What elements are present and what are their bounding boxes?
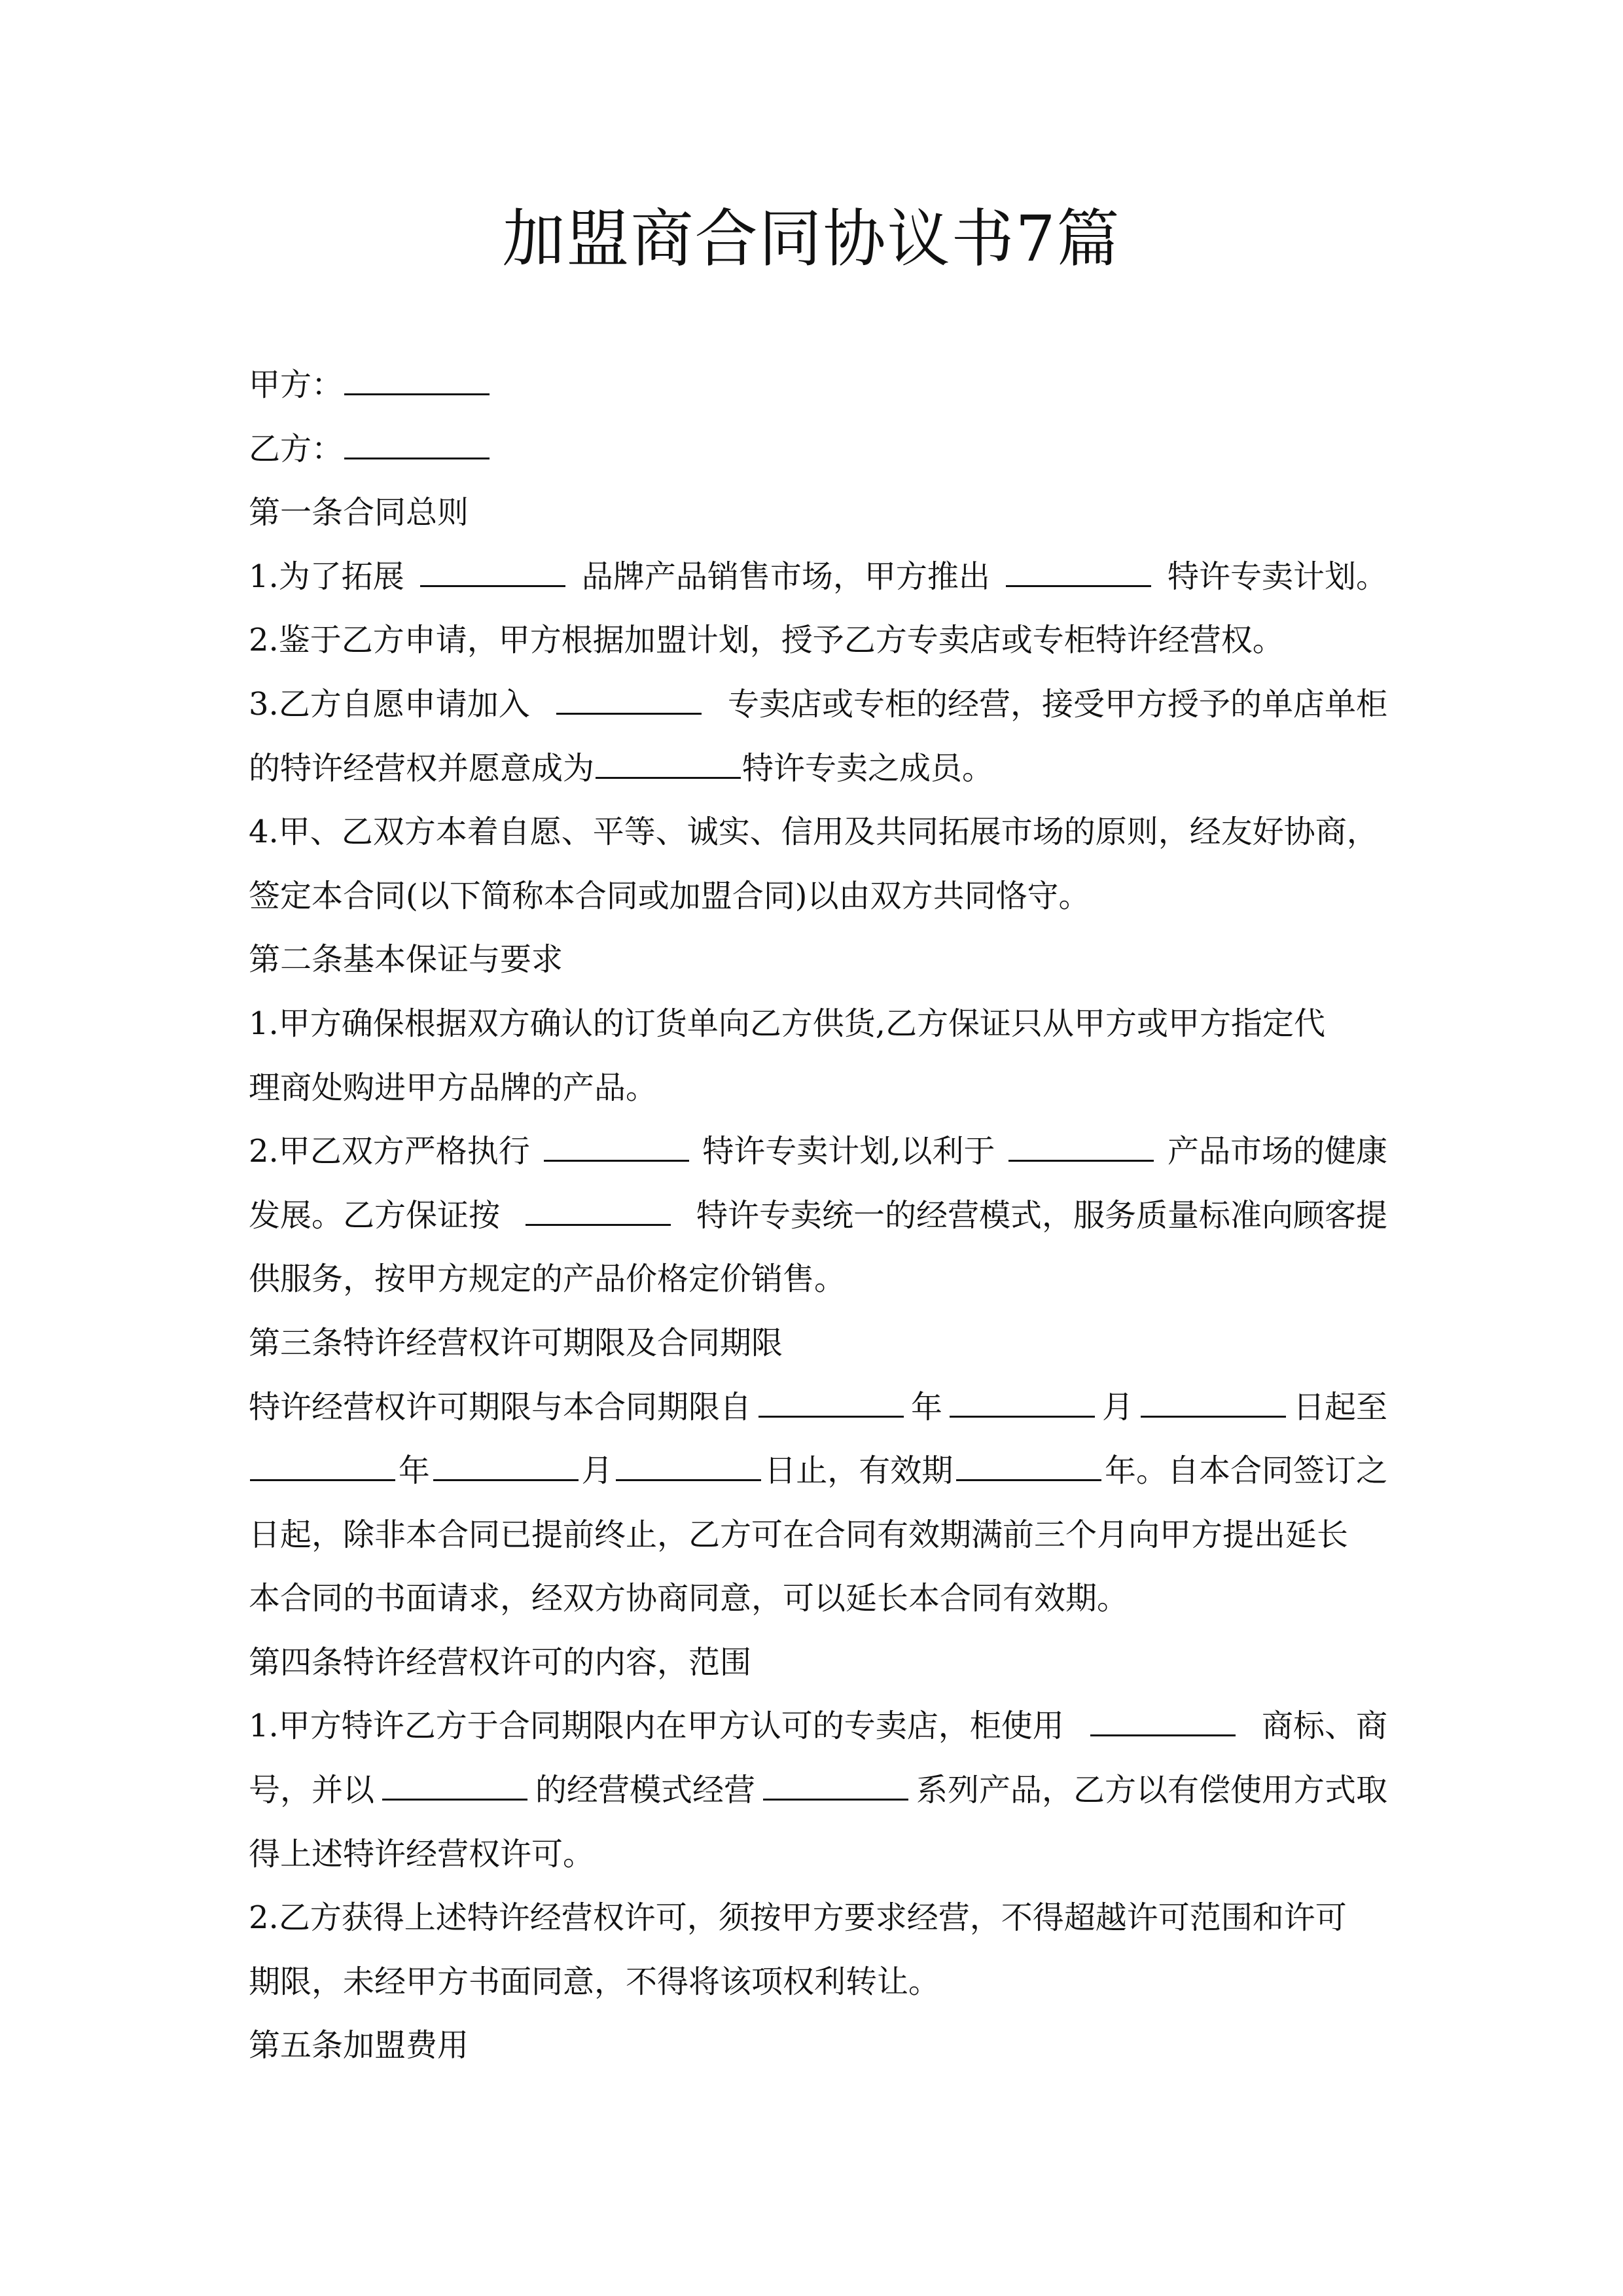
document-title: 加盟商合同协议书7篇	[0, 196, 1623, 281]
text-segment: 年	[399, 1439, 430, 1503]
paragraph-line: 3.乙方自愿申请加入专卖店或专柜的经营，接受甲方授予的单店单柜	[249, 673, 1387, 737]
blank-fill-field[interactable]	[950, 1386, 1095, 1418]
text-segment: 1.甲方确保根据双方确认的订货单向乙方供货,乙方保证只从甲方或甲方指定代	[249, 992, 1325, 1056]
text-segment: 1.为了拓展	[249, 545, 404, 609]
section-heading: 第二条基本保证与要求	[249, 928, 1387, 992]
text-segment: 月	[1102, 1376, 1133, 1440]
paragraph-line: 得上述特许经营权许可。	[249, 1823, 1387, 1887]
blank-fill-field[interactable]	[956, 1449, 1101, 1481]
blank-fill-field[interactable]	[1090, 1704, 1236, 1736]
paragraph-line: 年月日止，有效期年。自本合同签订之	[249, 1439, 1387, 1503]
paragraph-line: 2.乙方获得上述特许经营权许可，须按甲方要求经营，不得超越许可范围和许可	[249, 1886, 1387, 1950]
blank-fill-field[interactable]	[1006, 555, 1151, 587]
document-page: 加盟商合同协议书7篇 甲方： 乙方： 第一条合同总则1.为了拓展品牌产品销售市场…	[0, 0, 1623, 2296]
text-segment: 特许专卖之成员。	[742, 737, 993, 801]
blank-fill-field[interactable]	[433, 1449, 579, 1481]
paragraph-line: 4.甲、乙双方本着自愿、平等、诚实、信用及共同拓展市场的原则，经友好协商，	[249, 800, 1387, 865]
blank-fill-field[interactable]	[616, 1449, 761, 1481]
paragraph-line: 1.甲方确保根据双方确认的订货单向乙方供货,乙方保证只从甲方或甲方指定代	[249, 992, 1387, 1056]
blank-fill-field[interactable]	[544, 1130, 689, 1162]
text-segment: 品牌产品销售市场，甲方推出	[582, 545, 990, 609]
text-segment: 年。自本合同签订之	[1105, 1439, 1387, 1503]
text-segment: 的特许经营权并愿意成为	[249, 737, 594, 801]
party-b-line: 乙方：	[249, 418, 1387, 482]
blank-fill-field[interactable]	[758, 1386, 904, 1418]
blank-fill-field[interactable]	[1141, 1386, 1286, 1418]
text-segment: 2.鉴于乙方申请，甲方根据加盟计划，授予乙方专卖店或专柜特许经营权。	[249, 609, 1284, 673]
text-segment: 日止，有效期	[764, 1439, 953, 1503]
text-segment: 特许专卖统一的经营模式，服务质量标准向顾客提	[696, 1184, 1387, 1248]
text-segment: 特许专卖计划。	[1168, 545, 1387, 609]
text-segment: 专卖店或专柜的经营，接受甲方授予的单店单柜	[728, 673, 1387, 737]
paragraph-line: 日起，除非本合同已提前终止，乙方可在合同有效期满前三个月向甲方提出延长	[249, 1503, 1387, 1568]
text-segment: 特许专卖计划,以利于	[702, 1120, 995, 1184]
blank-fill-field[interactable]	[382, 1768, 527, 1801]
blank-fill-field[interactable]	[556, 683, 702, 715]
text-segment: 本合同的书面请求，经双方协商同意，可以延长本合同有效期。	[249, 1567, 1128, 1631]
document-body: 甲方： 乙方： 第一条合同总则1.为了拓展品牌产品销售市场，甲方推出特许专卖计划…	[249, 353, 1387, 2078]
text-segment: 系列产品，乙方以有偿使用方式取	[916, 1759, 1387, 1823]
paragraph-line: 供服务，按甲方规定的产品价格定价销售。	[249, 1247, 1387, 1312]
text-segment: 产品市场的健康	[1168, 1120, 1387, 1184]
text-segment: 1.甲方特许乙方于合同期限内在甲方认可的专卖店，柜使用	[249, 1695, 1064, 1759]
paragraph-line: 发展。乙方保证按特许专卖统一的经营模式，服务质量标准向顾客提	[249, 1184, 1387, 1248]
text-segment: 月	[582, 1439, 613, 1503]
text-segment: 年	[911, 1376, 942, 1440]
paragraph-line: 本合同的书面请求，经双方协商同意，可以延长本合同有效期。	[249, 1567, 1387, 1631]
text-segment: 号，并以	[249, 1759, 374, 1823]
paragraph-line: 签定本合同(以下简称本合同或加盟合同)以由双方共同恪守。	[249, 865, 1387, 929]
paragraph-line: 号，并以的经营模式经营系列产品，乙方以有偿使用方式取	[249, 1759, 1387, 1823]
blank-fill-field[interactable]	[763, 1768, 908, 1801]
text-segment: 日起，除非本合同已提前终止，乙方可在合同有效期满前三个月向甲方提出延长	[249, 1503, 1348, 1568]
text-segment: 发展。乙方保证按	[249, 1184, 500, 1248]
section-heading: 第一条合同总则	[249, 481, 1387, 545]
paragraph-line: 的特许经营权并愿意成为特许专卖之成员。	[249, 737, 1387, 801]
paragraph-line: 2.甲乙双方严格执行特许专卖计划,以利于产品市场的健康	[249, 1120, 1387, 1184]
text-segment: 4.甲、乙双方本着自愿、平等、诚实、信用及共同拓展市场的原则，经友好协商，	[249, 800, 1378, 865]
paragraph-line: 期限，未经甲方书面同意，不得将该项权利转让。	[249, 1950, 1387, 2015]
text-segment: 供服务，按甲方规定的产品价格定价销售。	[249, 1247, 846, 1312]
party-b-label: 乙方：	[249, 418, 343, 482]
text-segment: 日起至	[1293, 1376, 1387, 1440]
text-segment: 3.乙方自愿申请加入	[249, 673, 530, 737]
party-a-line: 甲方：	[249, 353, 1387, 418]
text-segment: 的经营模式经营	[535, 1759, 755, 1823]
section-heading: 第三条特许经营权许可期限及合同期限	[249, 1312, 1387, 1376]
text-segment: 商标、商	[1262, 1695, 1387, 1759]
text-segment: 2.乙方获得上述特许经营权许可，须按甲方要求经营，不得超越许可范围和许可	[249, 1886, 1347, 1950]
party-b-blank-field[interactable]	[344, 427, 490, 459]
blank-fill-field[interactable]	[1008, 1130, 1154, 1162]
paragraph-line: 理商处购进甲方品牌的产品。	[249, 1056, 1387, 1121]
paragraph-line: 2.鉴于乙方申请，甲方根据加盟计划，授予乙方专卖店或专柜特许经营权。	[249, 609, 1387, 673]
party-a-label: 甲方：	[249, 353, 343, 418]
blank-fill-field[interactable]	[420, 555, 565, 587]
paragraph-line: 1.甲方特许乙方于合同期限内在甲方认可的专卖店，柜使用商标、商	[249, 1695, 1387, 1759]
blank-fill-field[interactable]	[250, 1449, 395, 1481]
text-segment: 期限，未经甲方书面同意，不得将该项权利转让。	[249, 1950, 940, 2015]
party-a-blank-field[interactable]	[344, 363, 490, 395]
text-segment: 得上述特许经营权许可。	[249, 1823, 594, 1887]
blank-fill-field[interactable]	[596, 747, 741, 779]
text-segment: 2.甲乙双方严格执行	[249, 1120, 530, 1184]
paragraph-line: 1.为了拓展品牌产品销售市场，甲方推出特许专卖计划。	[249, 545, 1387, 609]
text-segment: 理商处购进甲方品牌的产品。	[249, 1056, 657, 1121]
section-heading: 第四条特许经营权许可的内容，范围	[249, 1631, 1387, 1695]
paragraph-line: 特许经营权许可期限与本合同期限自年月日起至	[249, 1376, 1387, 1440]
blank-fill-field[interactable]	[526, 1194, 671, 1226]
text-segment: 特许经营权许可期限与本合同期限自	[249, 1376, 751, 1440]
text-segment: 签定本合同(以下简称本合同或加盟合同)以由双方共同恪守。	[249, 865, 1090, 929]
section-heading: 第五条加盟费用	[249, 2014, 1387, 2078]
